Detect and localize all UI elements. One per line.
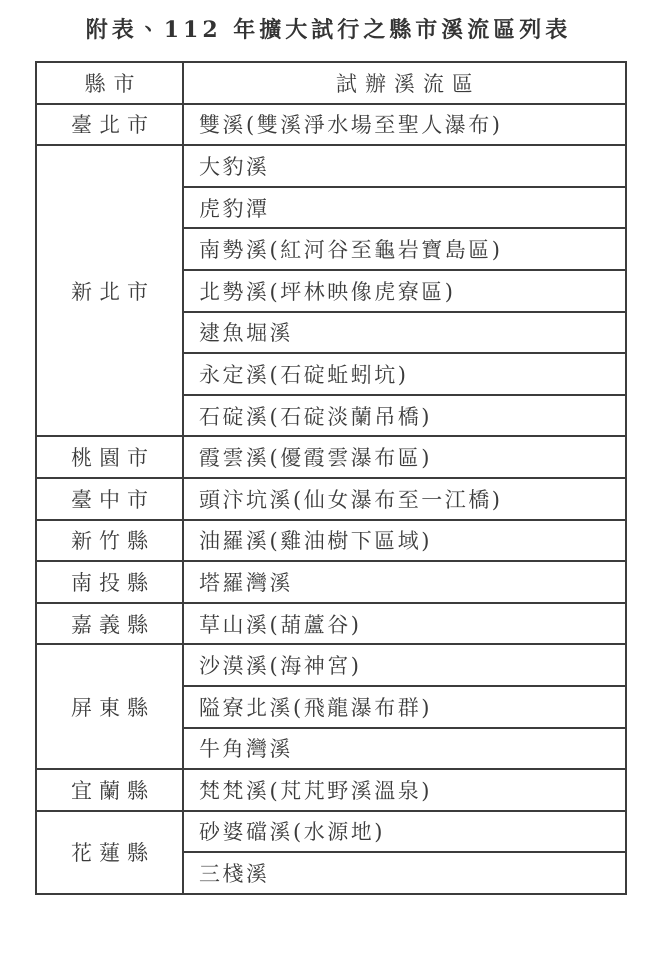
stream-cell: 南勢溪(紅河谷至龜岩寶島區): [183, 228, 626, 270]
table-row: 新北市大豹溪: [36, 145, 626, 187]
county-cell: 新北市: [36, 145, 183, 436]
stream-cell: 雙溪(雙溪淨水場至聖人瀑布): [183, 104, 626, 146]
table-row: 臺中市頭汴坑溪(仙女瀑布至一江橋): [36, 478, 626, 520]
stream-cell: 頭汴坑溪(仙女瀑布至一江橋): [183, 478, 626, 520]
county-cell: 南投縣: [36, 561, 183, 603]
county-cell: 嘉義縣: [36, 603, 183, 645]
county-cell: 宜蘭縣: [36, 769, 183, 811]
stream-cell: 永定溪(石碇蚯蚓坑): [183, 353, 626, 395]
county-cell: 花蓮縣: [36, 811, 183, 894]
stream-cell: 虎豹潭: [183, 187, 626, 229]
page-title: 附表、112 年擴大試行之縣市溪流區列表: [0, 13, 657, 47]
stream-cell: 石碇溪(石碇淡蘭吊橋): [183, 395, 626, 437]
county-cell: 桃園市: [36, 436, 183, 478]
stream-cell: 逮魚堀溪: [183, 312, 626, 354]
stream-table: 縣市 試辦溪流區 臺北市雙溪(雙溪淨水場至聖人瀑布)新北市大豹溪虎豹潭南勢溪(紅…: [35, 61, 627, 895]
document-page: 附表、112 年擴大試行之縣市溪流區列表 縣市 試辦溪流區 臺北市雙溪(雙溪淨水…: [0, 0, 657, 960]
stream-cell: 砂婆礑溪(水源地): [183, 811, 626, 853]
stream-cell: 北勢溪(坪林映像虎寮區): [183, 270, 626, 312]
table-row: 南投縣塔羅灣溪: [36, 561, 626, 603]
header-row: 縣市 試辦溪流區: [36, 62, 626, 104]
county-cell: 臺北市: [36, 104, 183, 146]
stream-cell: 油羅溪(雞油樹下區域): [183, 520, 626, 562]
stream-cell: 梵梵溪(芃芃野溪溫泉): [183, 769, 626, 811]
county-column-header: 縣市: [36, 62, 183, 104]
stream-cell: 草山溪(葫蘆谷): [183, 603, 626, 645]
table-header: 縣市 試辦溪流區: [36, 62, 626, 104]
table-row: 臺北市雙溪(雙溪淨水場至聖人瀑布): [36, 104, 626, 146]
table-row: 新竹縣油羅溪(雞油樹下區域): [36, 520, 626, 562]
table-row: 花蓮縣砂婆礑溪(水源地): [36, 811, 626, 853]
stream-column-header: 試辦溪流區: [183, 62, 626, 104]
county-cell: 屏東縣: [36, 644, 183, 769]
table-body: 臺北市雙溪(雙溪淨水場至聖人瀑布)新北市大豹溪虎豹潭南勢溪(紅河谷至龜岩寶島區)…: [36, 104, 626, 894]
stream-cell: 隘寮北溪(飛龍瀑布群): [183, 686, 626, 728]
table-row: 宜蘭縣梵梵溪(芃芃野溪溫泉): [36, 769, 626, 811]
county-cell: 新竹縣: [36, 520, 183, 562]
stream-cell: 沙漠溪(海神宮): [183, 644, 626, 686]
stream-cell: 大豹溪: [183, 145, 626, 187]
table-row: 屏東縣沙漠溪(海神宮): [36, 644, 626, 686]
table-row: 嘉義縣草山溪(葫蘆谷): [36, 603, 626, 645]
table-row: 桃園市霞雲溪(優霞雲瀑布區): [36, 436, 626, 478]
stream-cell: 霞雲溪(優霞雲瀑布區): [183, 436, 626, 478]
stream-cell: 塔羅灣溪: [183, 561, 626, 603]
stream-cell: 三棧溪: [183, 852, 626, 894]
stream-cell: 牛角灣溪: [183, 728, 626, 770]
county-cell: 臺中市: [36, 478, 183, 520]
